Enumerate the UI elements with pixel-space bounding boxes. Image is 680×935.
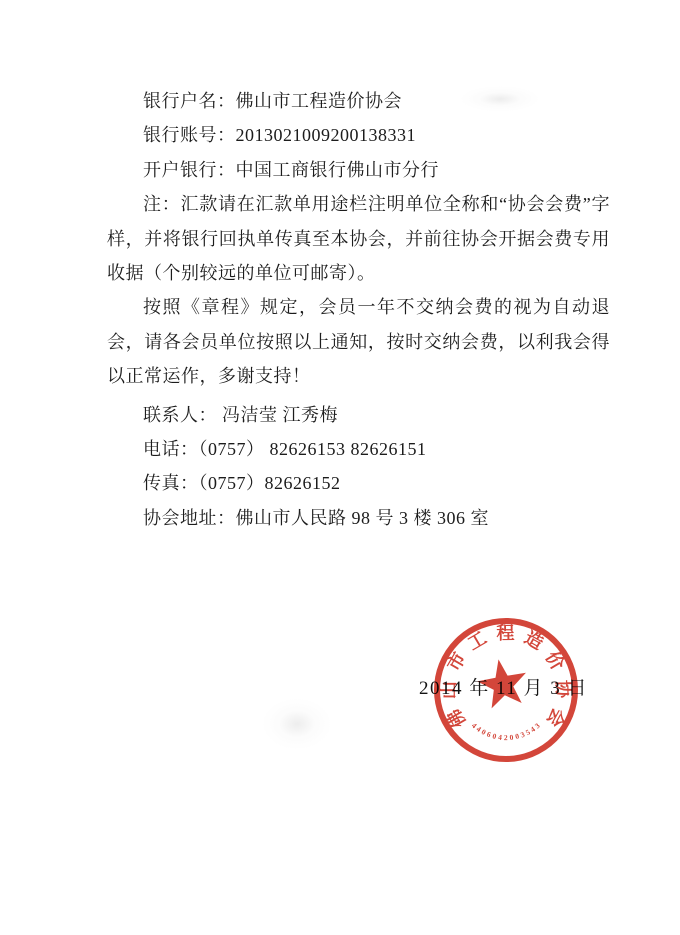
bylaw-paragraph: 按照《章程》规定，会员一年不交纳会费的视为自动退会，请各会员单位按照以上通知，按… bbox=[107, 290, 610, 393]
remittance-note-paragraph: 注：汇款请在汇款单用途栏注明单位全称和“协会会费”字样，并将银行回执单传真至本协… bbox=[107, 187, 610, 290]
phone-line: 电话：（0757） 82626153 82626151 bbox=[107, 432, 610, 466]
contact-block: 联系人： 冯洁莹 江秀梅 电话：（0757） 82626153 82626151… bbox=[107, 398, 610, 536]
fax-line: 传真：（0757）82626152 bbox=[107, 466, 610, 500]
scan-smudge bbox=[262, 698, 332, 750]
address-line: 协会地址：佛山市人民路 98 号 3 楼 306 室 bbox=[107, 501, 610, 535]
bank-branch-line: 开户银行：中国工商银行佛山市分行 bbox=[107, 153, 610, 187]
contact-person-line: 联系人： 冯洁莹 江秀梅 bbox=[107, 398, 610, 432]
official-red-seal: 佛山市工程造价协会 4406042003543 bbox=[426, 610, 586, 770]
document-body: 银行户名：佛山市工程造价协会 银行账号：2013021009200138331 … bbox=[107, 84, 610, 535]
scanned-notice-page: 银行户名：佛山市工程造价协会 银行账号：2013021009200138331 … bbox=[0, 0, 680, 935]
seal-graphics: 佛山市工程造价协会 4406042003543 bbox=[437, 621, 575, 759]
seal-star-icon bbox=[474, 655, 531, 710]
bank-account-name-line: 银行户名：佛山市工程造价协会 bbox=[107, 84, 610, 118]
seal-code-text: 4406042003543 bbox=[470, 721, 542, 742]
bank-account-number-line: 银行账号：2013021009200138331 bbox=[107, 118, 610, 152]
